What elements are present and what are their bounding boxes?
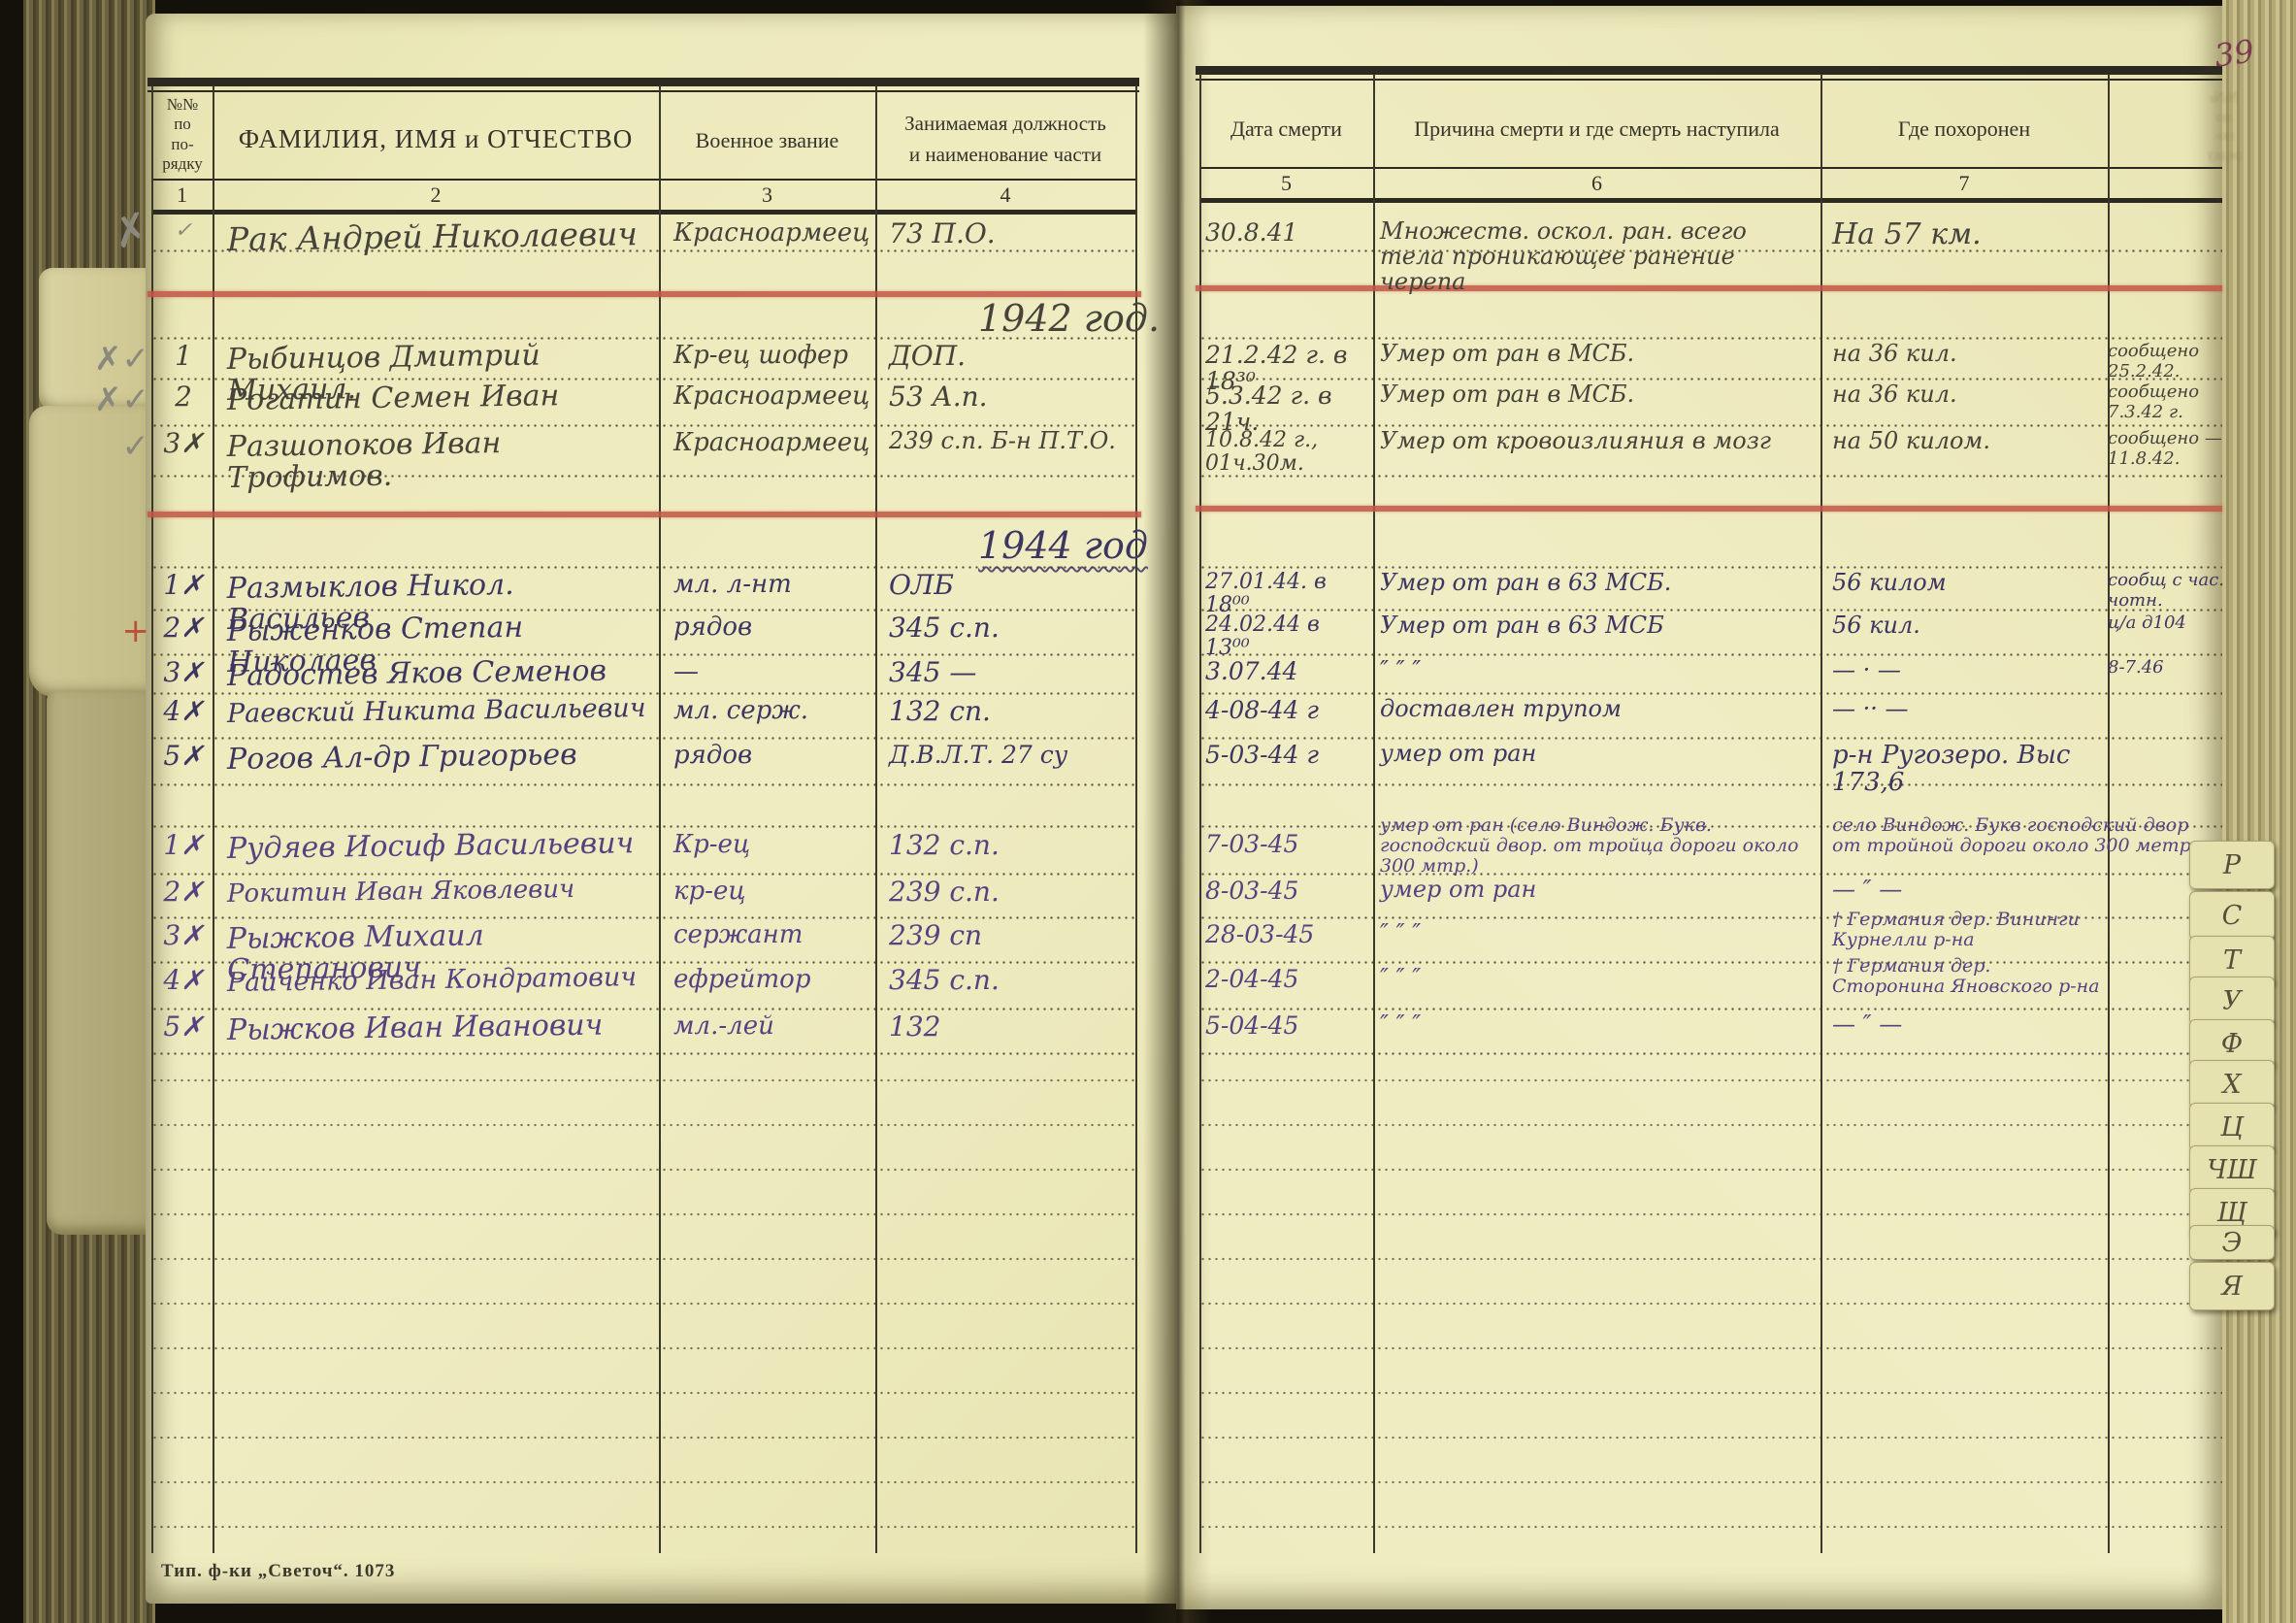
death-cause: Умер от ран в МСБ. — [1380, 382, 1813, 408]
unit: 132 с.п. — [889, 831, 1128, 860]
row-check: ✓ — [157, 219, 210, 243]
year-title-1944: 1944 год — [978, 526, 1269, 566]
tab-letter: Ф — [2221, 1029, 2243, 1059]
col1-header: №№ по по- рядку — [153, 95, 212, 175]
death-date: 27.01.44. в 18⁰⁰ — [1205, 571, 1370, 617]
tab-letter: У — [2222, 986, 2242, 1016]
tab-letter: Я — [2221, 1272, 2243, 1302]
ledger-row: 5✗ Рогов Ал-др Григорьев рядов Д.В.Л.Т. … — [0, 740, 2296, 786]
row-number: 3✗ — [157, 921, 210, 950]
rule — [151, 179, 1137, 181]
unit: 345 с.п. — [889, 613, 1128, 643]
burial-place: 56 килом — [1832, 571, 2102, 596]
death-date: 8-03-45 — [1205, 878, 1370, 904]
name: Райченко Иван Кондратович — [227, 963, 652, 997]
unit: 345 с.п. — [889, 966, 1128, 995]
rule — [1196, 66, 2222, 75]
rank: — — [673, 658, 868, 685]
thumb-tab[interactable]: Ц — [2189, 1103, 2275, 1151]
tab-letter: С — [2222, 901, 2243, 931]
row-number: 1 — [157, 342, 210, 371]
ledger-row: ✗✓ 2 Рогатин Семен Иван Красноармеец 53 … — [0, 381, 2296, 427]
thumb-tab[interactable]: С — [2189, 891, 2275, 940]
death-date: 3.07.44 — [1205, 658, 1370, 684]
ledger-row: 1✗ Рудяев Иосиф Васильевич Кр-ец 132 с.п… — [0, 829, 2296, 876]
col3-number: 3 — [659, 182, 875, 208]
rank: сержант — [673, 921, 868, 948]
red-cross-mark: + — [85, 613, 149, 649]
thumb-tab[interactable]: Я — [2189, 1262, 2275, 1310]
row-number: 2✗ — [157, 878, 210, 907]
margin-note: сообщено 25.2.42. — [2108, 342, 2226, 381]
col7-header: Где похоронен — [1820, 116, 2108, 142]
unit: 132 сп. — [889, 697, 1128, 726]
year-title-1942: 1942 год. — [978, 299, 1269, 339]
name: Рогатин Семен Иван — [227, 380, 652, 417]
name: Раевский Никита Васильевич — [227, 694, 652, 728]
burial-place: на 36 кил. — [1832, 382, 2102, 408]
row-number: 1✗ — [157, 571, 210, 600]
ledger-row: 1✗ Размыклов Никол. Васильев мл. л-нт ОЛ… — [0, 569, 2296, 612]
empty-ruled-lines — [151, 1058, 1137, 1548]
rule — [1199, 167, 2222, 169]
col6-header: Причина смерти и где смерть наступила — [1373, 116, 1820, 142]
year-title-row: 1942 год. — [0, 297, 2296, 340]
burial-place: — ″ — — [1832, 1012, 2102, 1038]
pencil-mark: ✗✓ — [85, 342, 149, 378]
death-cause: Умер от ран в 63 МСБ. — [1380, 571, 1813, 596]
ledger-scan: №№ по по- рядку ФАМИЛИЯ, ИМЯ и ОТЧЕСТВО … — [0, 0, 2296, 1623]
name: Рокитин Иван Яковлевич — [227, 875, 652, 908]
death-cause: умер от ран — [1380, 742, 1813, 767]
ledger-row-1941: ✗ ✓ Рак Андрей Николаевич Красноармеец 7… — [0, 217, 2296, 252]
col2-number: 2 — [213, 182, 659, 208]
ditto-marks: ″ ″ ″ — [1380, 1012, 1813, 1038]
ditto-marks: ″ ″ ″ — [1380, 658, 1813, 683]
red-divider — [1196, 506, 2222, 512]
rank: Кр-ец — [673, 831, 868, 858]
ledger-row: 4✗ Райченко Иван Кондратович ефрейтор 34… — [0, 964, 2296, 1010]
rank: кр-ец — [673, 878, 868, 905]
death-date: 24.02.44 в 13⁰⁰ — [1205, 613, 1370, 660]
ledger-row: 4✗ Раевский Никита Васильевич мл. серж. … — [0, 695, 2296, 740]
row-number: 4✗ — [157, 966, 210, 995]
ledger-row: ✗✓ 1 Рыбинцов Дмитрий Михаил. Кр-ец шофе… — [0, 340, 2296, 381]
tab-letter: Щ — [2217, 1198, 2247, 1228]
name: Рогов Ал-др Григорьев — [227, 739, 652, 777]
red-divider — [148, 512, 1141, 517]
rule — [151, 210, 1137, 215]
margin-note: 8-7.46 — [2108, 658, 2226, 679]
rank: рядов — [673, 742, 868, 769]
death-date: 5-04-45 — [1205, 1012, 1370, 1039]
thumb-tab[interactable]: У — [2189, 977, 2275, 1025]
name: Разшопоков Иван Трофимов. — [227, 426, 653, 495]
unit: Д.В.Л.Т. 27 су — [889, 742, 1128, 768]
death-cause: умер от ран (село Виндож. Букв. господск… — [1380, 815, 1813, 877]
unit: 345 — — [889, 658, 1128, 687]
rank: Красноармеец — [673, 429, 868, 456]
margin-note: сообщ с час. чотн. — [2108, 571, 2226, 611]
ledger-row: + 2✗ Рыженков Степан Николаев рядов 345 … — [0, 612, 2296, 656]
burial-place: на 36 кил. — [1832, 342, 2102, 367]
bleed-through-header: №№ по по- рядку — [2185, 89, 2263, 165]
burial-place: — · — — [1832, 658, 2102, 683]
col1-number: 1 — [151, 182, 213, 208]
thumb-tab[interactable]: Х — [2189, 1060, 2275, 1109]
death-date: 2-04-45 — [1205, 966, 1370, 992]
death-cause: доставлен трупом — [1380, 697, 1813, 722]
unit: 239 с.п. Б-н П.Т.О. — [889, 429, 1128, 454]
name: Рыжков Иван Иванович — [227, 1010, 652, 1047]
row-number: 2 — [157, 382, 210, 412]
name: Рудяев Иосиф Васильевич — [227, 828, 652, 866]
row-number: 5✗ — [157, 742, 210, 771]
death-date: 28-03-45 — [1205, 921, 1370, 947]
unit: ОЛБ — [889, 571, 1128, 600]
death-cause: Умер от ран в МСБ. — [1380, 342, 1813, 367]
rule — [148, 78, 1139, 86]
tab-letter: ЧШ — [2207, 1155, 2257, 1185]
rule — [1196, 79, 2222, 81]
row-number: 3✗ — [157, 658, 210, 687]
tab-letter: Р — [2223, 850, 2241, 880]
unit: 73 П.О. — [889, 219, 1128, 248]
col4-header: Занимаемая должность и наименование част… — [875, 109, 1135, 170]
thumb-tab[interactable]: Р — [2189, 841, 2275, 889]
unit: 132 — [889, 1012, 1128, 1042]
page-number: 39 — [2213, 32, 2257, 74]
tab-letter: Т — [2223, 945, 2241, 976]
row-number: 5✗ — [157, 1012, 210, 1042]
tab-letter: Э — [2222, 1228, 2243, 1258]
print-shop-imprint: Тип. ф-ки „Светоч“. 1073 — [161, 1561, 395, 1582]
col5-header: Дата смерти — [1199, 116, 1373, 142]
ditto-marks: ″ ″ ″ — [1380, 966, 1813, 991]
col7-number: 7 — [1820, 171, 2108, 196]
col4-number: 4 — [875, 182, 1135, 208]
ledger-row: 5✗ Рыжков Иван Иванович мл.-лей 132 5-04… — [0, 1010, 2296, 1055]
row-number: 2✗ — [157, 613, 210, 643]
rank: ефрейтор — [673, 966, 868, 993]
ledger-row: 3✗ Радостев Яков Семенов — 345 — 3.07.44… — [0, 656, 2296, 695]
name: Радостев Яков Семенов — [227, 655, 652, 693]
rank: Кр-ец шофер — [673, 342, 868, 369]
ditto-marks: ″ ″ ″ — [1380, 921, 1813, 946]
thumb-tab[interactable]: ЧШ — [2189, 1145, 2275, 1194]
burial-place: — ·· — — [1832, 697, 2102, 722]
col3-header: Военное звание — [659, 128, 875, 153]
tab-letter: Х — [2222, 1070, 2241, 1100]
row-number: 1✗ — [157, 831, 210, 860]
burial-place: село Виндож. Букв господский двор от тро… — [1832, 815, 2220, 856]
death-cause: Умер от ран в 63 МСБ — [1380, 613, 1813, 639]
burial-place: † Германия дер. Сторонина Яновского р-на — [1832, 956, 2102, 997]
name: Рак Андрей Николаевич — [227, 216, 652, 257]
thumb-tab[interactable]: Э — [2189, 1225, 2275, 1260]
year-title-row: 1944 год — [0, 524, 2296, 569]
death-cause: Множеств. оскол. ран. всего тела проника… — [1380, 219, 1813, 295]
rule — [148, 90, 1139, 92]
ledger-row: ✓ 3✗ Разшопоков Иван Трофимов. Красноарм… — [0, 427, 2296, 478]
death-date: 30.8.41 — [1205, 219, 1370, 246]
col2-header: ФАМИЛИЯ, ИМЯ и ОТЧЕСТВО — [213, 124, 659, 154]
unit: 239 сп — [889, 921, 1128, 950]
death-date: 10.8.42 г., 01ч.30м. — [1205, 429, 1370, 476]
burial-place: на 50 килом. — [1832, 429, 2102, 454]
rank: мл. серж. — [673, 697, 868, 724]
rank: мл.-лей — [673, 1012, 868, 1040]
col6-number: 6 — [1373, 171, 1820, 196]
burial-place: † Германия дер. Вининги Курнелли р-на — [1832, 910, 2102, 950]
death-date: 5-03-44 г — [1205, 742, 1370, 768]
empty-ruled-lines — [1199, 1058, 2222, 1548]
death-cause: Умер от кровоизлияния в мозг — [1380, 429, 1813, 454]
rule — [1199, 198, 2222, 203]
row-number: 4✗ — [157, 697, 210, 726]
rank: Красноармеец — [673, 382, 868, 410]
unit: 53 А.п. — [889, 382, 1128, 412]
burial-place: р-н Ругозеро. Выс 173,6 — [1832, 742, 2102, 796]
death-date: 7-03-45 — [1205, 831, 1370, 857]
pencil-mark: ✓ — [85, 429, 149, 465]
burial-place: На 57 км. — [1832, 219, 2102, 250]
margin-note: сообщено 7.3.42 г. — [2108, 382, 2226, 422]
death-date: 4-08-44 г — [1205, 697, 1370, 723]
margin-note: сообщено — 11.8.42. — [2108, 429, 2226, 469]
margin-note: ц/а д104 — [2108, 613, 2226, 634]
row-number: 3✗ — [157, 429, 210, 458]
tab-letter: Ц — [2220, 1112, 2244, 1143]
rank: мл. л-нт — [673, 571, 868, 598]
rank: рядов — [673, 613, 868, 641]
burial-place: — ″ — — [1832, 878, 2102, 903]
col5-number: 5 — [1199, 171, 1373, 196]
rank: Красноармеец — [673, 219, 868, 247]
death-cause: умер от ран — [1380, 878, 1813, 903]
burial-place: 56 кил. — [1832, 613, 2102, 639]
pencil-mark: ✗✓ — [85, 382, 149, 418]
unit: ДОП. — [889, 342, 1128, 371]
unit: 239 с.п. — [889, 878, 1128, 907]
